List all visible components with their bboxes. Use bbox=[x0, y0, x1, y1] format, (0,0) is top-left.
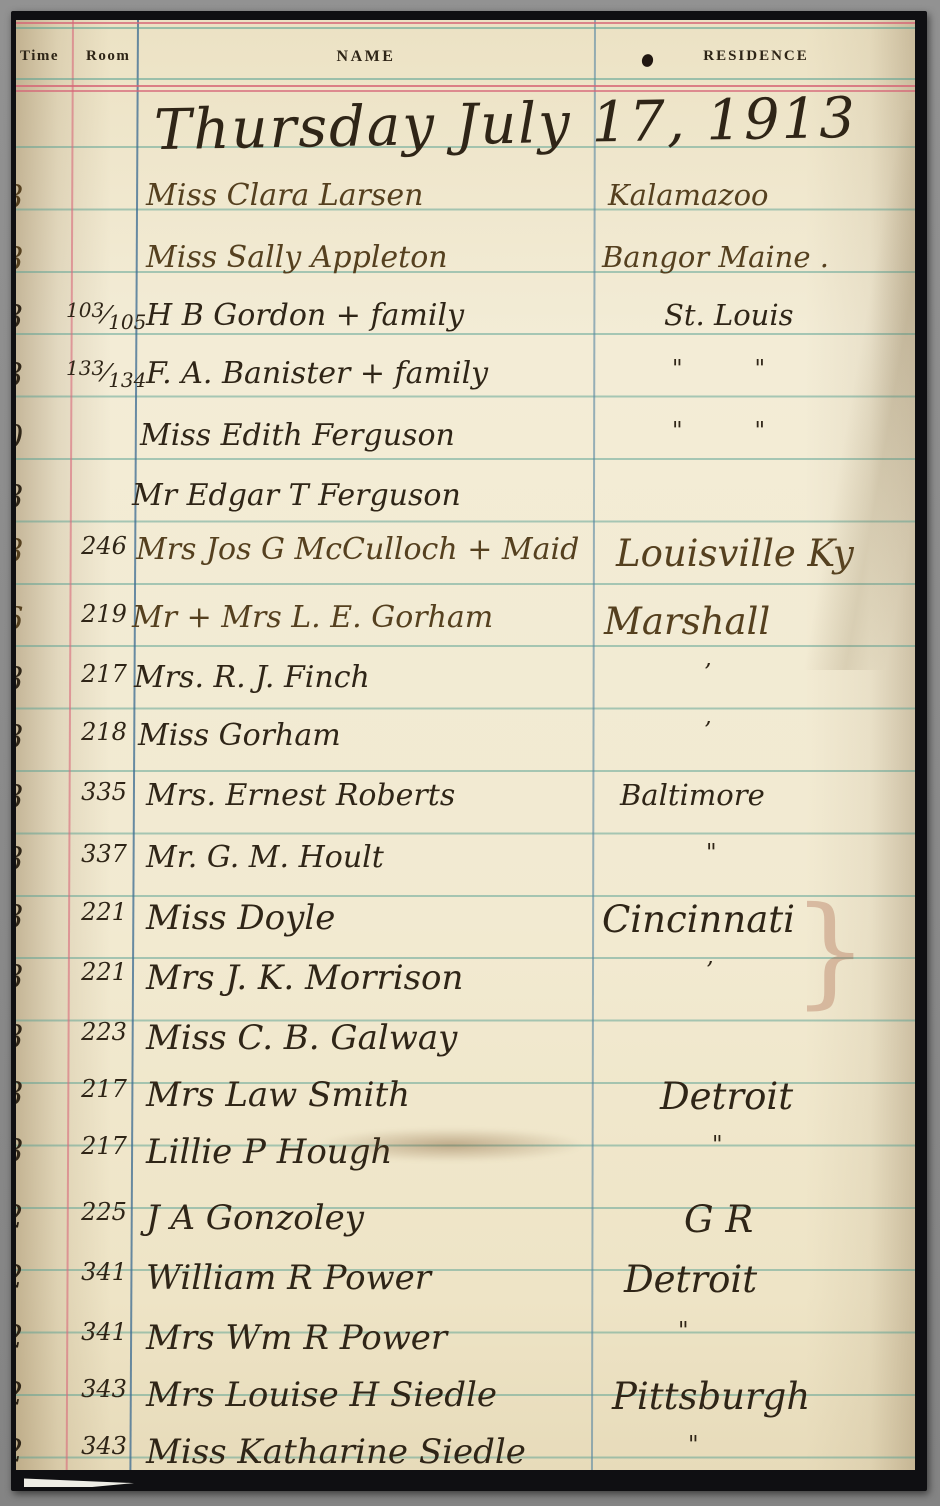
register-page: Time Room NAME RESIDENCE Thursday July 1… bbox=[16, 20, 915, 1470]
room-number: 221 bbox=[66, 958, 142, 986]
guest-entry: 2225J A GonzoleyG R bbox=[16, 1198, 915, 1244]
time-value: 8 bbox=[16, 178, 23, 216]
residence: " bbox=[706, 840, 721, 866]
header-top-pink-line bbox=[16, 22, 915, 24]
room-number: 217 bbox=[66, 1075, 142, 1103]
residence: " bbox=[688, 1432, 703, 1458]
ink-smudge bbox=[316, 1128, 586, 1162]
guest-name: William R Power bbox=[146, 1258, 431, 1298]
scan-edge-highlight bbox=[24, 1474, 134, 1487]
residence: Cincinnati bbox=[602, 898, 795, 941]
guest-name: Miss C. B. Galway bbox=[146, 1018, 457, 1058]
column-header-residence: RESIDENCE bbox=[666, 48, 846, 65]
room-number: 341 bbox=[66, 1258, 142, 1286]
room-number: 217 bbox=[66, 660, 142, 688]
time-value: 2 bbox=[16, 1375, 23, 1413]
residence: ’ bbox=[706, 958, 717, 984]
time-value: 8 bbox=[16, 240, 23, 278]
ink-dot-mark bbox=[640, 53, 654, 69]
guest-entry: 8335Mrs. Ernest RobertsBaltimore bbox=[16, 778, 915, 824]
residence: ’ bbox=[704, 718, 715, 744]
guest-entry: 8337Mr. G. M. Hoult" bbox=[16, 840, 915, 886]
register-book-edge: Time Room NAME RESIDENCE Thursday July 1… bbox=[11, 11, 927, 1491]
room-number: 103⁄105 bbox=[66, 298, 142, 334]
date-title: Thursday July 17, 1913 bbox=[153, 86, 857, 163]
room-number: 335 bbox=[66, 778, 142, 806]
time-value: 8 bbox=[16, 1018, 23, 1056]
time-value: 8 bbox=[16, 718, 23, 756]
time-value: 6 bbox=[16, 600, 23, 638]
residence: " bbox=[712, 1132, 727, 1158]
guest-name: Miss Doyle bbox=[146, 898, 335, 938]
guest-entry: 8218Miss Gorham’ bbox=[16, 718, 915, 764]
guest-entry: 8246Mrs Jos G McCulloch + MaidLouisville… bbox=[16, 532, 915, 578]
guest-entry: 2341William R PowerDetroit bbox=[16, 1258, 915, 1304]
column-header-name: NAME bbox=[306, 48, 426, 66]
residence: St. Louis bbox=[664, 298, 794, 332]
guest-name: Mrs. R. J. Finch bbox=[134, 660, 370, 695]
guest-name: Mrs Wm R Power bbox=[146, 1318, 447, 1358]
residence: " " bbox=[672, 418, 769, 444]
guest-name: Mrs. Ernest Roberts bbox=[146, 778, 455, 813]
guest-name: Mrs Jos G McCulloch + Maid bbox=[136, 532, 579, 567]
guest-name: Mrs J. K. Morrison bbox=[146, 958, 463, 998]
residence: " bbox=[678, 1318, 693, 1344]
room-number: 223 bbox=[66, 1018, 142, 1046]
time-value: 8 bbox=[16, 958, 23, 996]
residence: Bangor Maine . bbox=[602, 240, 829, 274]
time-value: 8 bbox=[16, 778, 23, 816]
time-value: 8 bbox=[16, 840, 23, 878]
time-value: 2 bbox=[16, 1432, 23, 1470]
time-value: 2 bbox=[16, 1258, 23, 1296]
guest-name: Miss Clara Larsen bbox=[146, 178, 423, 213]
guest-entry: 8221Miss DoyleCincinnati bbox=[16, 898, 915, 944]
guest-entry: 2341Mrs Wm R Power" bbox=[16, 1318, 915, 1364]
guest-entry: 3133⁄134F. A. Banister + family" " bbox=[16, 356, 915, 402]
time-value: 8 bbox=[16, 898, 23, 936]
time-value: 8 bbox=[16, 478, 23, 516]
residence: Louisville Ky bbox=[616, 532, 854, 575]
time-value: 8 bbox=[16, 1075, 23, 1113]
residence: Kalamazoo bbox=[608, 178, 769, 212]
room-number-bottom: 134 bbox=[108, 368, 146, 392]
residence: Marshall bbox=[604, 600, 770, 643]
room-number: 337 bbox=[66, 840, 142, 868]
guest-name: F. A. Banister + family bbox=[146, 356, 488, 391]
guest-entry: 6219Mr + Mrs L. E. GorhamMarshall bbox=[16, 600, 915, 646]
time-value: 8 bbox=[16, 660, 23, 698]
residence: Detroit bbox=[624, 1258, 757, 1301]
guest-name: Miss Sally Appleton bbox=[146, 240, 448, 275]
residence: G R bbox=[684, 1198, 753, 1241]
room-number-top: 133 bbox=[66, 356, 104, 380]
time-value: 8 bbox=[16, 532, 23, 570]
room-number: 343 bbox=[66, 1375, 142, 1403]
header-bottom-teal-line bbox=[16, 78, 915, 80]
guest-name: J A Gonzoley bbox=[146, 1198, 364, 1238]
guest-name: Miss Gorham bbox=[138, 718, 341, 753]
guest-entry: 2343Mrs Louise H SiedlePittsburgh bbox=[16, 1375, 915, 1421]
room-number: 343 bbox=[66, 1432, 142, 1460]
residence: Detroit bbox=[660, 1075, 793, 1118]
guest-name: Miss Edith Ferguson bbox=[140, 418, 455, 453]
guest-entry: 8Miss Clara LarsenKalamazoo bbox=[16, 178, 915, 224]
guest-name: H B Gordon + family bbox=[146, 298, 464, 333]
guest-name: Mr + Mrs L. E. Gorham bbox=[132, 600, 493, 635]
column-header-time: Time bbox=[20, 48, 59, 65]
guest-entry: 8217Mrs Law SmithDetroit bbox=[16, 1075, 915, 1121]
room-number: 219 bbox=[66, 600, 142, 628]
guest-entry: 3103⁄105H B Gordon + familySt. Louis bbox=[16, 298, 915, 344]
guest-entry: 2343Miss Katharine Siedle" bbox=[16, 1432, 915, 1470]
time-value: 2 bbox=[16, 1198, 23, 1236]
guest-name: Mrs Louise H Siedle bbox=[146, 1375, 497, 1415]
guest-entry: 0Miss Edith Ferguson" " bbox=[16, 418, 915, 464]
room-number: 246 bbox=[66, 532, 142, 560]
column-header-room: Room bbox=[86, 48, 130, 65]
guest-name: Miss Katharine Siedle bbox=[146, 1432, 526, 1470]
residence: Baltimore bbox=[620, 778, 765, 812]
time-value: 2 bbox=[16, 1318, 23, 1356]
residence: ’ bbox=[704, 660, 715, 686]
room-number-top: 103 bbox=[66, 298, 104, 322]
guest-entry: 8Miss Sally AppletonBangor Maine . bbox=[16, 240, 915, 286]
guest-name: Mrs Law Smith bbox=[146, 1075, 410, 1115]
residence: Pittsburgh bbox=[612, 1375, 810, 1418]
room-number: 217 bbox=[66, 1132, 142, 1160]
guest-name: Mr Edgar T Ferguson bbox=[132, 478, 461, 513]
scanned-photo: Time Room NAME RESIDENCE Thursday July 1… bbox=[0, 0, 940, 1506]
time-value: 0 bbox=[16, 418, 23, 456]
guest-name: Mr. G. M. Hoult bbox=[146, 840, 384, 875]
time-value: 8 bbox=[16, 1132, 23, 1170]
room-number: 341 bbox=[66, 1318, 142, 1346]
header-top-teal-line bbox=[16, 27, 915, 29]
guest-entry: 8217Mrs. R. J. Finch’ bbox=[16, 660, 915, 706]
guest-entry: 8223Miss C. B. Galway bbox=[16, 1018, 915, 1064]
room-number: 225 bbox=[66, 1198, 142, 1226]
residence: " " bbox=[672, 356, 769, 382]
room-number-bottom: 105 bbox=[108, 310, 146, 334]
room-number: 133⁄134 bbox=[66, 356, 142, 392]
time-value: 3 bbox=[16, 356, 23, 394]
guest-entry: 8Mr Edgar T Ferguson bbox=[16, 478, 915, 524]
time-value: 3 bbox=[16, 298, 23, 336]
room-number: 221 bbox=[66, 898, 142, 926]
room-number: 218 bbox=[66, 718, 142, 746]
guest-entry: 8221Mrs J. K. Morrison’ bbox=[16, 958, 915, 1004]
